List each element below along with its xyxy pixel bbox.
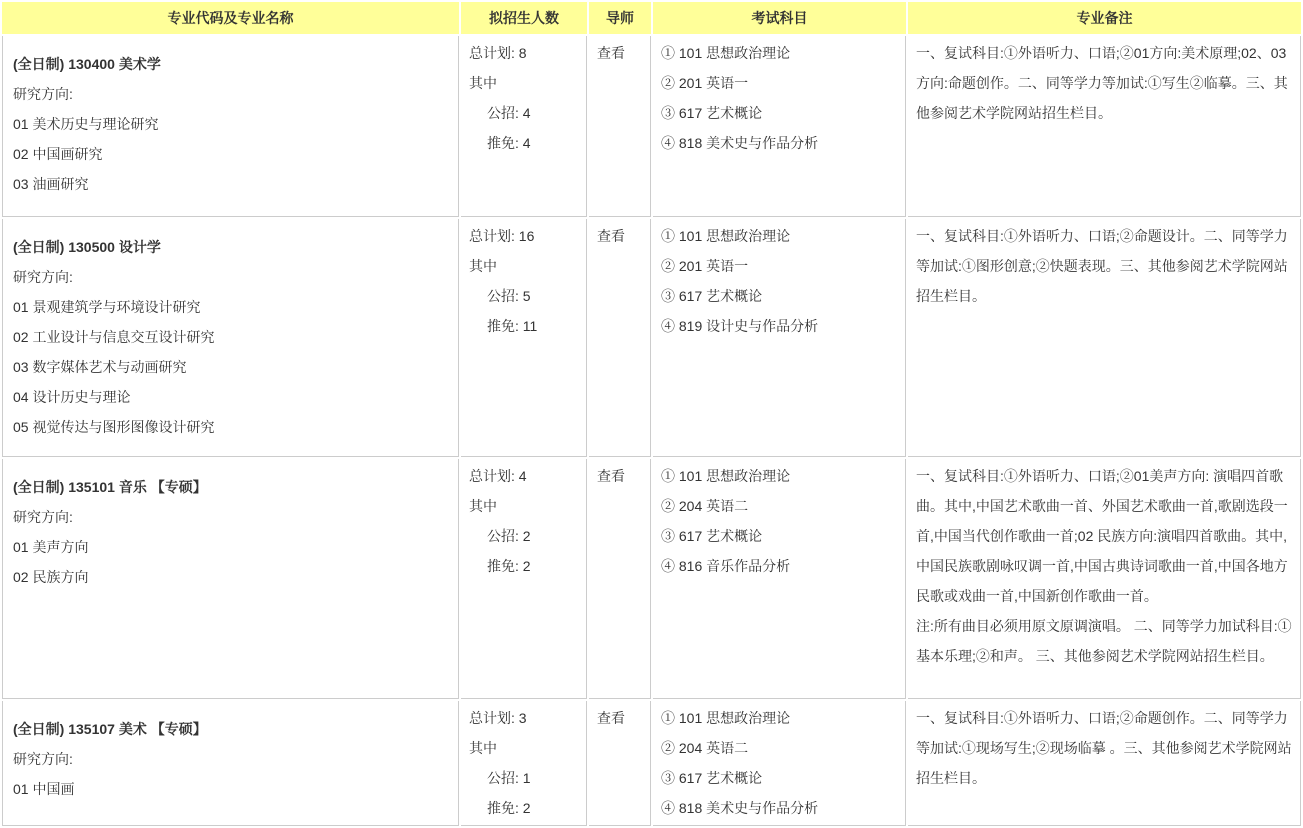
enrollment-among: 其中 [469,491,578,521]
column-header-advisor: 导师 [589,2,651,34]
subjects-cell: ① 101 思想政治理论 ② 204 英语二 ③ 617 艺术概论 ④ 816 … [653,459,906,699]
subject-item: ③ 617 艺术概论 [661,281,897,311]
enrollment-public: 公招: 2 [469,521,578,551]
enrollment-among: 其中 [469,68,578,98]
major-cell: (全日制) 135107 美术 【专硕】 研究方向: 01 中国画 [2,701,459,826]
subject-item: ① 101 思想政治理论 [661,221,897,251]
direction-item: 01 美声方向 [13,532,450,562]
view-advisor-link[interactable]: 查看 [597,38,625,68]
major-title: (全日制) 135107 美术 【专硕】 [13,714,450,744]
view-advisor-link[interactable]: 查看 [597,703,625,733]
major-remarks: 一、复试科目:①外语听力、口语;②01方向:美术原理;02、03方向:命题创作。… [916,38,1292,128]
remarks-cell: 一、复试科目:①外语听力、口语;②命题创作。二、同等学力等加试:①现场写生;②现… [908,701,1301,826]
direction-item: 02 中国画研究 [13,139,450,169]
subject-item: ① 101 思想政治理论 [661,38,897,68]
remarks-cell: 一、复试科目:①外语听力、口语;②01方向:美术原理;02、03方向:命题创作。… [908,36,1301,217]
subject-item: ③ 617 艺术概论 [661,521,897,551]
column-header-remarks: 专业备注 [908,2,1301,34]
enrollment-exempt: 推免: 11 [469,311,578,341]
subjects-cell: ① 101 思想政治理论 ② 201 英语一 ③ 617 艺术概论 ④ 819 … [653,219,906,457]
advisor-cell: 查看 [589,36,651,217]
table-row: (全日制) 135101 音乐 【专硕】 研究方向: 01 美声方向 02 民族… [2,459,1301,699]
major-cell: (全日制) 130400 美术学 研究方向: 01 美术历史与理论研究 02 中… [2,36,459,217]
research-direction-label: 研究方向: [13,79,450,109]
enrollment-cell: 总计划: 16 其中 公招: 5 推免: 11 [461,219,587,457]
subject-item: ① 101 思想政治理论 [661,703,897,733]
subject-item: ④ 819 设计史与作品分析 [661,311,897,341]
enrollment-public: 公招: 4 [469,98,578,128]
enrollment-total: 总计划: 16 [469,221,578,251]
subject-item: ③ 617 艺术概论 [661,763,897,793]
enrollment-cell: 总计划: 3 其中 公招: 1 推免: 2 [461,701,587,826]
view-advisor-link[interactable]: 查看 [597,221,625,251]
enrollment-among: 其中 [469,733,578,763]
direction-item: 01 美术历史与理论研究 [13,109,450,139]
subject-item: ② 201 英语一 [661,251,897,281]
direction-item: 02 民族方向 [13,562,450,592]
subject-item: ④ 816 音乐作品分析 [661,551,897,581]
advisor-cell: 查看 [589,219,651,457]
remarks-cell: 一、复试科目:①外语听力、口语;②命题设计。二、同等学力等加试:①图形创意;②快… [908,219,1301,457]
research-direction-label: 研究方向: [13,262,450,292]
direction-item: 01 景观建筑学与环境设计研究 [13,292,450,322]
subjects-cell: ① 101 思想政治理论 ② 201 英语一 ③ 617 艺术概论 ④ 818 … [653,36,906,217]
enrollment-exempt: 推免: 2 [469,793,578,823]
subject-item: ① 101 思想政治理论 [661,461,897,491]
research-direction-label: 研究方向: [13,744,450,774]
subjects-cell: ① 101 思想政治理论 ② 204 英语二 ③ 617 艺术概论 ④ 818 … [653,701,906,826]
subject-item: ④ 818 美术史与作品分析 [661,793,897,823]
major-title: (全日制) 135101 音乐 【专硕】 [13,472,450,502]
major-title: (全日制) 130400 美术学 [13,49,450,79]
subject-item: ③ 617 艺术概论 [661,98,897,128]
direction-item: 02 工业设计与信息交互设计研究 [13,322,450,352]
subject-item: ② 201 英语一 [661,68,897,98]
direction-item: 03 数字媒体艺术与动画研究 [13,352,450,382]
remarks-cell: 一、复试科目:①外语听力、口语;②01美声方向: 演唱四首歌曲。其中,中国艺术歌… [908,459,1301,699]
enrollment-total: 总计划: 3 [469,703,578,733]
major-title: (全日制) 130500 设计学 [13,232,450,262]
column-header-enrollment: 拟招生人数 [461,2,587,34]
column-header-subjects: 考试科目 [653,2,906,34]
advisor-cell: 查看 [589,701,651,826]
direction-item: 04 设计历史与理论 [13,382,450,412]
admissions-table: 专业代码及专业名称 拟招生人数 导师 考试科目 专业备注 (全日制) 13040… [0,0,1303,828]
enrollment-total: 总计划: 8 [469,38,578,68]
enrollment-exempt: 推免: 4 [469,128,578,158]
column-header-major: 专业代码及专业名称 [2,2,459,34]
header-row: 专业代码及专业名称 拟招生人数 导师 考试科目 专业备注 [2,2,1301,34]
subject-item: ② 204 英语二 [661,491,897,521]
enrollment-public: 公招: 5 [469,281,578,311]
enrollment-exempt: 推免: 2 [469,551,578,581]
major-cell: (全日制) 135101 音乐 【专硕】 研究方向: 01 美声方向 02 民族… [2,459,459,699]
subject-item: ② 204 英语二 [661,733,897,763]
direction-item: 05 视觉传达与图形图像设计研究 [13,412,450,442]
advisor-cell: 查看 [589,459,651,699]
major-cell: (全日制) 130500 设计学 研究方向: 01 景观建筑学与环境设计研究 0… [2,219,459,457]
view-advisor-link[interactable]: 查看 [597,461,625,491]
enrollment-cell: 总计划: 4 其中 公招: 2 推免: 2 [461,459,587,699]
enrollment-among: 其中 [469,251,578,281]
enrollment-total: 总计划: 4 [469,461,578,491]
enrollment-cell: 总计划: 8 其中 公招: 4 推免: 4 [461,36,587,217]
table-row: (全日制) 130400 美术学 研究方向: 01 美术历史与理论研究 02 中… [2,36,1301,217]
enrollment-public: 公招: 1 [469,763,578,793]
direction-item: 01 中国画 [13,774,450,804]
major-remarks: 一、复试科目:①外语听力、口语;②命题设计。二、同等学力等加试:①图形创意;②快… [916,221,1292,311]
subject-item: ④ 818 美术史与作品分析 [661,128,897,158]
major-remarks: 一、复试科目:①外语听力、口语;②01美声方向: 演唱四首歌曲。其中,中国艺术歌… [916,461,1292,671]
direction-item: 03 油画研究 [13,169,450,199]
table-row: (全日制) 135107 美术 【专硕】 研究方向: 01 中国画 总计划: 3… [2,701,1301,826]
major-remarks: 一、复试科目:①外语听力、口语;②命题创作。二、同等学力等加试:①现场写生;②现… [916,703,1292,793]
table-row: (全日制) 130500 设计学 研究方向: 01 景观建筑学与环境设计研究 0… [2,219,1301,457]
research-direction-label: 研究方向: [13,502,450,532]
